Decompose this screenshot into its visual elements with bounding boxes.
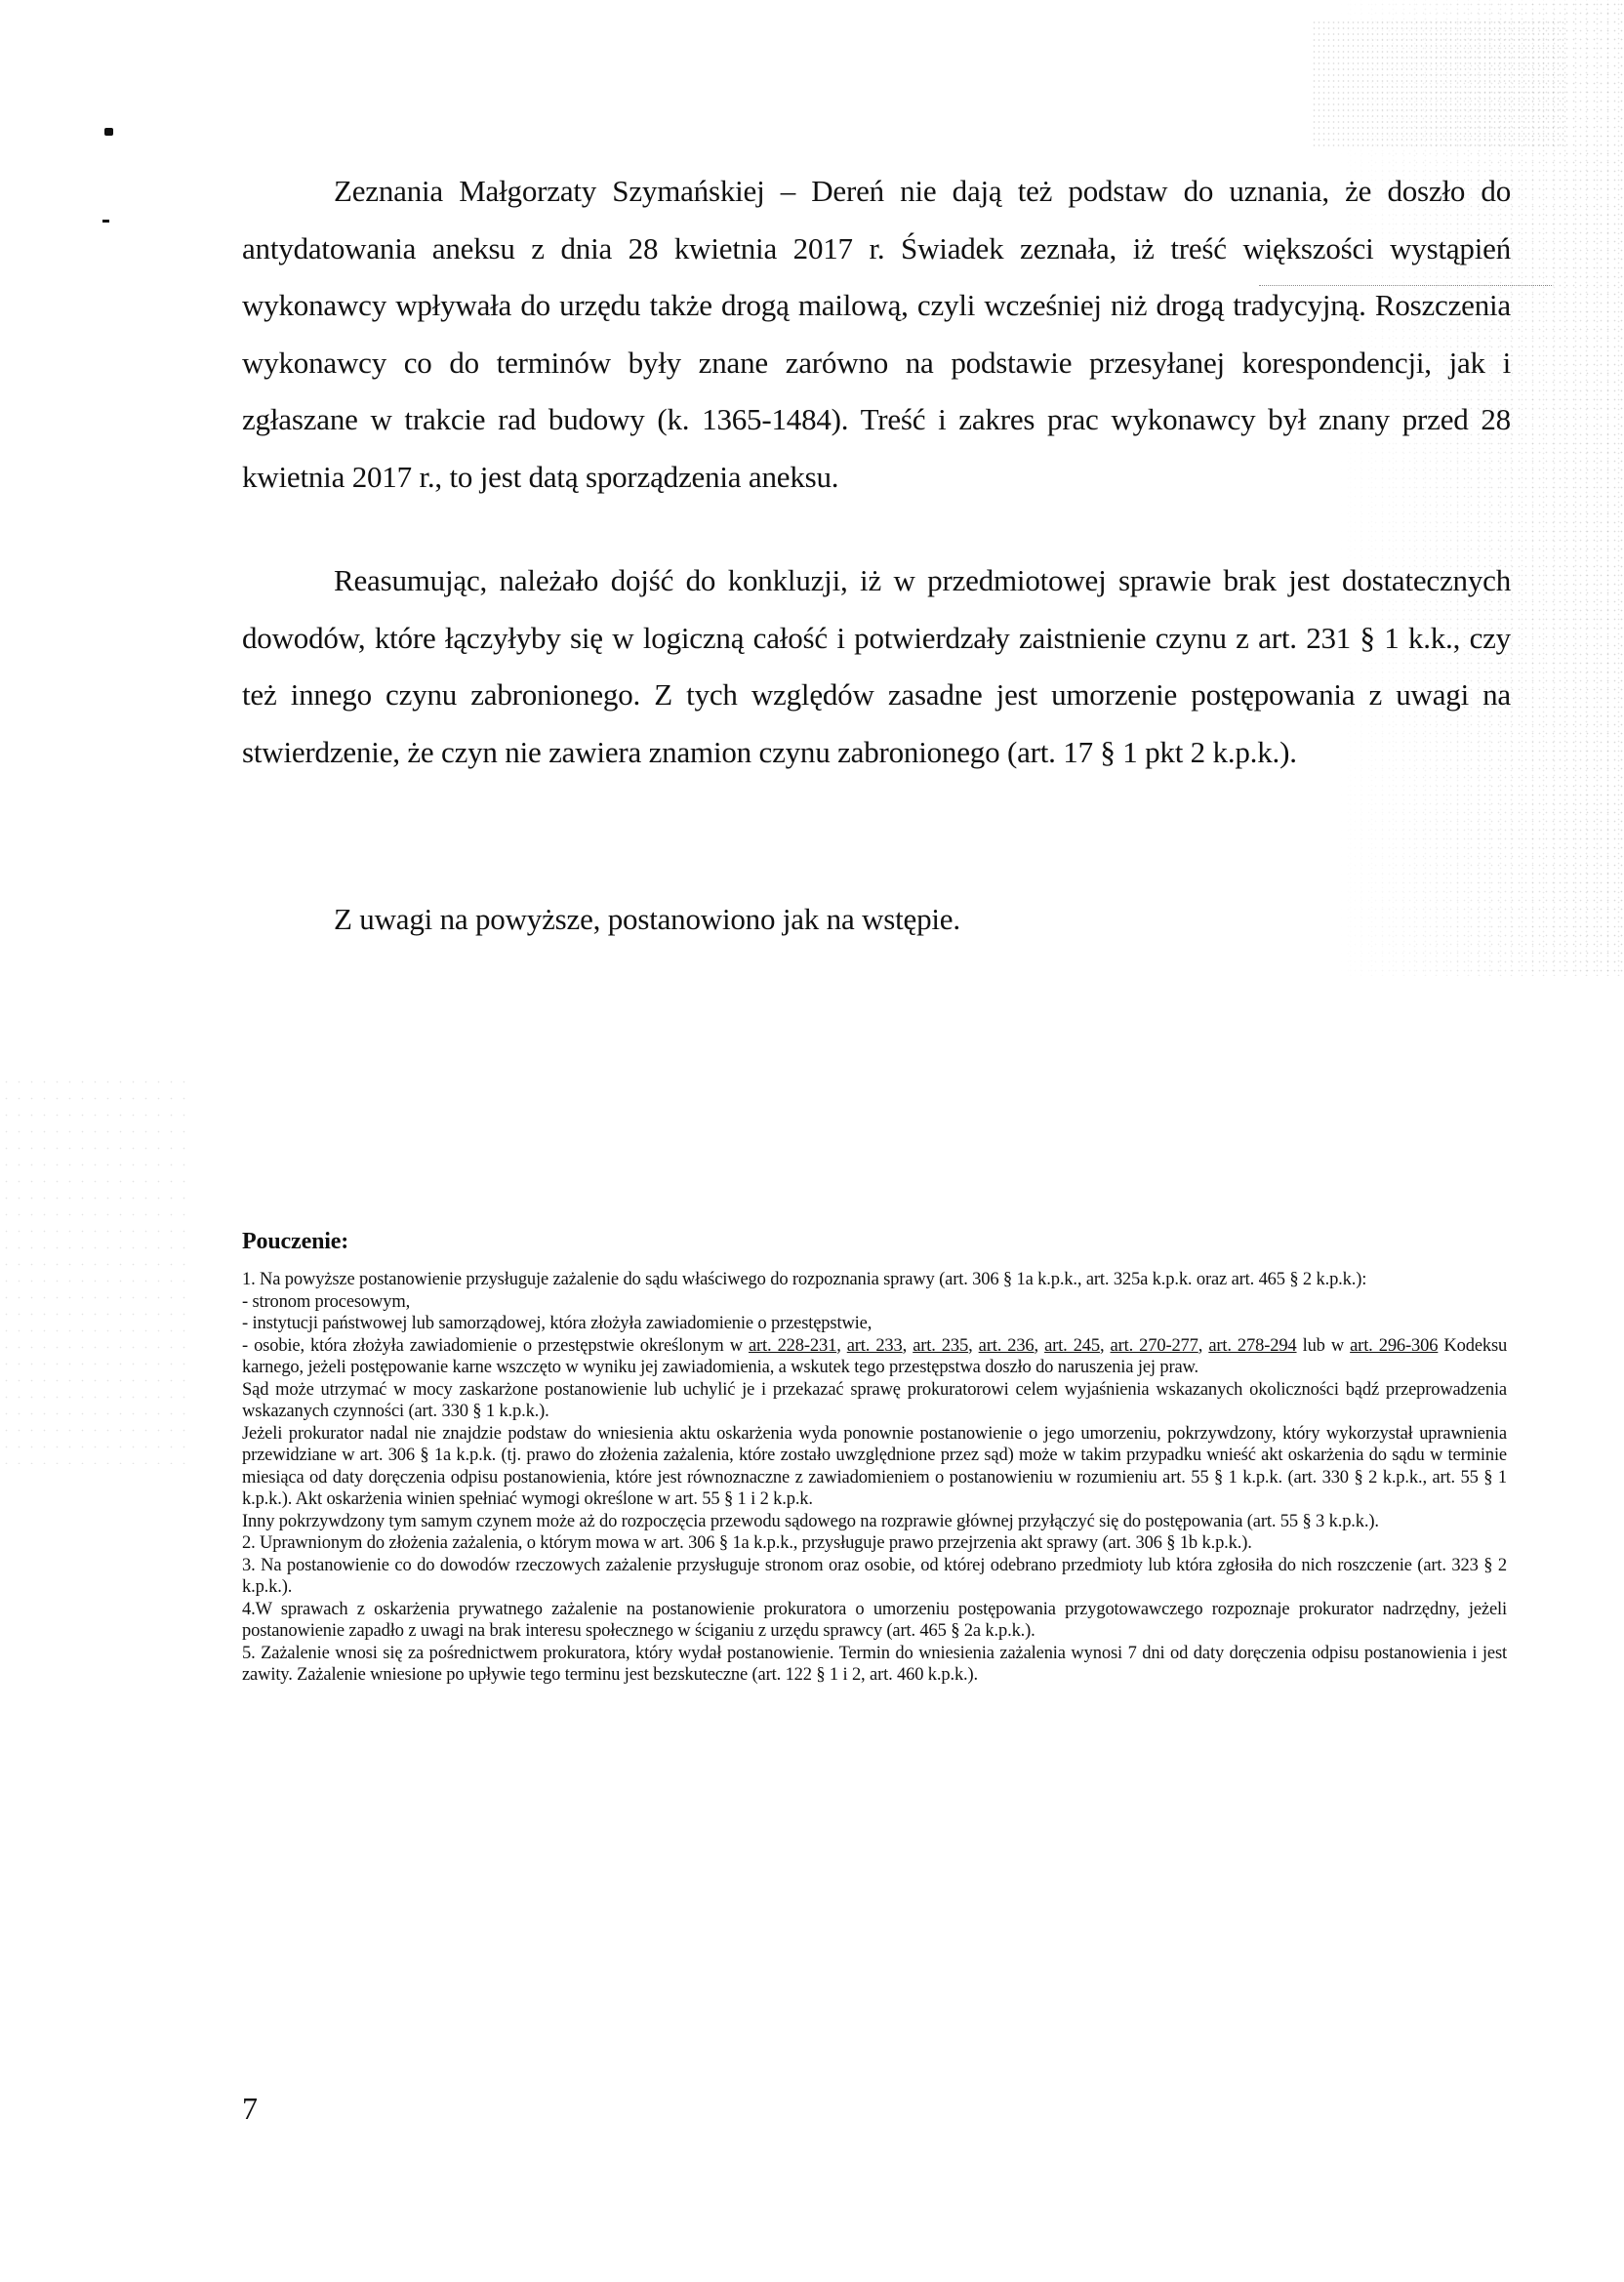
- instruction-bullet-person: - osobie, która złożyła zawiadomienie o …: [242, 1335, 1507, 1379]
- article-link[interactable]: art. 228-231: [749, 1336, 836, 1356]
- article-link[interactable]: art. 278-294: [1208, 1336, 1296, 1356]
- page-number: 7: [242, 2091, 258, 2126]
- article-link[interactable]: art. 235: [913, 1336, 968, 1356]
- article-link[interactable]: art. 296-306: [1350, 1336, 1438, 1356]
- instruction-item-4: 4.W sprawach z oskarżenia prywatnego zaż…: [242, 1599, 1507, 1643]
- paragraph-text: Zeznania Małgorzaty Szymańskiej – Dereń …: [242, 163, 1511, 506]
- scan-noise-top: [1312, 20, 1565, 146]
- bullet-text-middle: lub w: [1297, 1336, 1351, 1356]
- bullet-text-before: - osobie, która złożyła zawiadomienie o …: [242, 1336, 749, 1356]
- scan-artifact-dot: [104, 128, 113, 136]
- instructions-section: Pouczenie: 1. Na powyższe postanowienie …: [242, 1228, 1507, 1687]
- article-link[interactable]: art. 236: [979, 1336, 1035, 1356]
- paragraph-text: Z uwagi na powyższe, postanowiono jak na…: [242, 891, 1511, 949]
- paragraph-decision: Z uwagi na powyższe, postanowiono jak na…: [242, 891, 1511, 949]
- instruction-other-victim: Inny pokrzywdzony tym samym czynem może …: [242, 1511, 1507, 1533]
- instruction-bullet-institution: - instytucji państwowej lub samorządowej…: [242, 1313, 1507, 1335]
- instruction-bullet-parties: - stronom procesowym,: [242, 1291, 1507, 1314]
- scan-artifact-dash: [102, 220, 109, 223]
- instruction-item-3: 3. Na postanowienie co do dowodów rzeczo…: [242, 1555, 1507, 1599]
- article-link[interactable]: art. 270-277: [1111, 1336, 1198, 1356]
- instruction-item-2: 2. Uprawnionym do złożenia zażalenia, o …: [242, 1532, 1507, 1555]
- article-link[interactable]: art. 245: [1044, 1336, 1100, 1356]
- paragraph-text: Reasumując, należało dojść do konkluzji,…: [242, 552, 1511, 781]
- instruction-item-1-intro: 1. Na powyższe postanowienie przysługuje…: [242, 1269, 1507, 1291]
- document-page: Zeznania Małgorzaty Szymańskiej – Dereń …: [0, 0, 1624, 2282]
- instruction-item-5: 5. Zażalenie wnosi się za pośrednictwem …: [242, 1643, 1507, 1687]
- article-link[interactable]: art. 233: [847, 1336, 903, 1356]
- scan-noise-left: [0, 1074, 195, 1464]
- paragraph-conclusion: Reasumując, należało dojść do konkluzji,…: [242, 552, 1511, 781]
- instruction-prosecutor: Jeżeli prokurator nadal nie znajdzie pod…: [242, 1423, 1507, 1511]
- instructions-heading: Pouczenie:: [242, 1228, 1507, 1255]
- instruction-court: Sąd może utrzymać w mocy zaskarżone post…: [242, 1379, 1507, 1423]
- paragraph-testimony: Zeznania Małgorzaty Szymańskiej – Dereń …: [242, 163, 1511, 506]
